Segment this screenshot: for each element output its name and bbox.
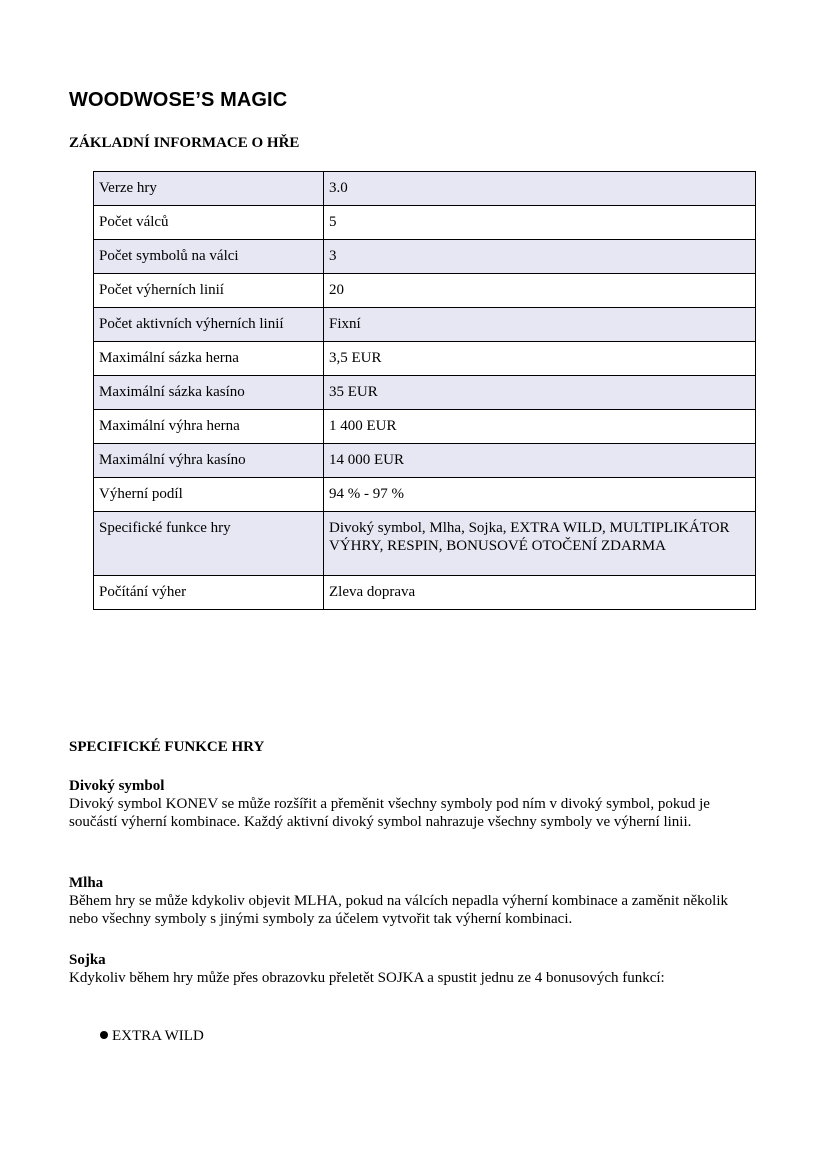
row-label: Počítání výher <box>94 576 324 610</box>
row-value: Zleva doprava <box>324 576 756 610</box>
row-value: 94 % - 97 % <box>324 478 756 512</box>
row-label: Maximální sázka herna <box>94 342 324 376</box>
section-text: Během hry se může kdykoliv objevit MLHA,… <box>69 892 759 928</box>
row-label: Maximální výhra herna <box>94 410 324 444</box>
table-row: Maximální výhra kasíno14 000 EUR <box>94 444 756 478</box>
section-mist: Mlha Během hry se může kdykoliv objevit … <box>69 874 759 928</box>
row-label: Počet válců <box>94 206 324 240</box>
section-heading: Mlha <box>69 874 759 892</box>
features-heading: SPECIFICKÉ FUNKCE HRY <box>69 739 264 756</box>
section-heading: Sojka <box>69 951 689 969</box>
table-row: Výherní podíl94 % - 97 % <box>94 478 756 512</box>
row-label: Počet výherních linií <box>94 274 324 308</box>
section-text: Kdykoliv během hry může přes obrazovku p… <box>69 969 689 987</box>
row-value: Fixní <box>324 308 756 342</box>
table-row: Maximální výhra herna1 400 EUR <box>94 410 756 444</box>
row-value: 3,5 EUR <box>324 342 756 376</box>
table-row: Verze hry3.0 <box>94 172 756 206</box>
row-value: 20 <box>324 274 756 308</box>
table-row: Počet symbolů na válci3 <box>94 240 756 274</box>
list-item-text: EXTRA WILD <box>112 1028 204 1044</box>
row-value: 14 000 EUR <box>324 444 756 478</box>
info-heading: ZÁKLADNÍ INFORMACE O HŘE <box>69 135 299 152</box>
table-row: Počítání výherZleva doprava <box>94 576 756 610</box>
row-value: 3.0 <box>324 172 756 206</box>
section-text: Divoký symbol KONEV se může rozšířit a p… <box>69 795 759 831</box>
section-heading: Divoký symbol <box>69 777 759 795</box>
section-jay: Sojka Kdykoliv během hry může přes obraz… <box>69 951 689 987</box>
document-page: WOODWOSE’S MAGIC ZÁKLADNÍ INFORMACE O HŘ… <box>0 0 827 1169</box>
row-value: 5 <box>324 206 756 240</box>
row-value: 3 <box>324 240 756 274</box>
table-row: Maximální sázka kasíno35 EUR <box>94 376 756 410</box>
table-row: Maximální sázka herna3,5 EUR <box>94 342 756 376</box>
row-value: 35 EUR <box>324 376 756 410</box>
bullet-icon <box>100 1031 108 1039</box>
table-row: Počet válců5 <box>94 206 756 240</box>
table-row: Specifické funkce hryDivoký symbol, Mlha… <box>94 512 756 576</box>
row-label: Výherní podíl <box>94 478 324 512</box>
row-label: Maximální sázka kasíno <box>94 376 324 410</box>
row-label: Maximální výhra kasíno <box>94 444 324 478</box>
row-label: Počet symbolů na válci <box>94 240 324 274</box>
section-wild-symbol: Divoký symbol Divoký symbol KONEV se můž… <box>69 777 759 831</box>
list-item: EXTRA WILD <box>100 1027 204 1045</box>
row-label: Počet aktivních výherních linií <box>94 308 324 342</box>
row-label: Specifické funkce hry <box>94 512 324 576</box>
table-row: Počet aktivních výherních liniíFixní <box>94 308 756 342</box>
row-label: Verze hry <box>94 172 324 206</box>
row-value: 1 400 EUR <box>324 410 756 444</box>
table-row: Počet výherních linií20 <box>94 274 756 308</box>
game-info-table: Verze hry3.0Počet válců5Počet symbolů na… <box>93 171 756 610</box>
document-title: WOODWOSE’S MAGIC <box>69 89 287 112</box>
row-value: Divoký symbol, Mlha, Sojka, EXTRA WILD, … <box>324 512 756 576</box>
